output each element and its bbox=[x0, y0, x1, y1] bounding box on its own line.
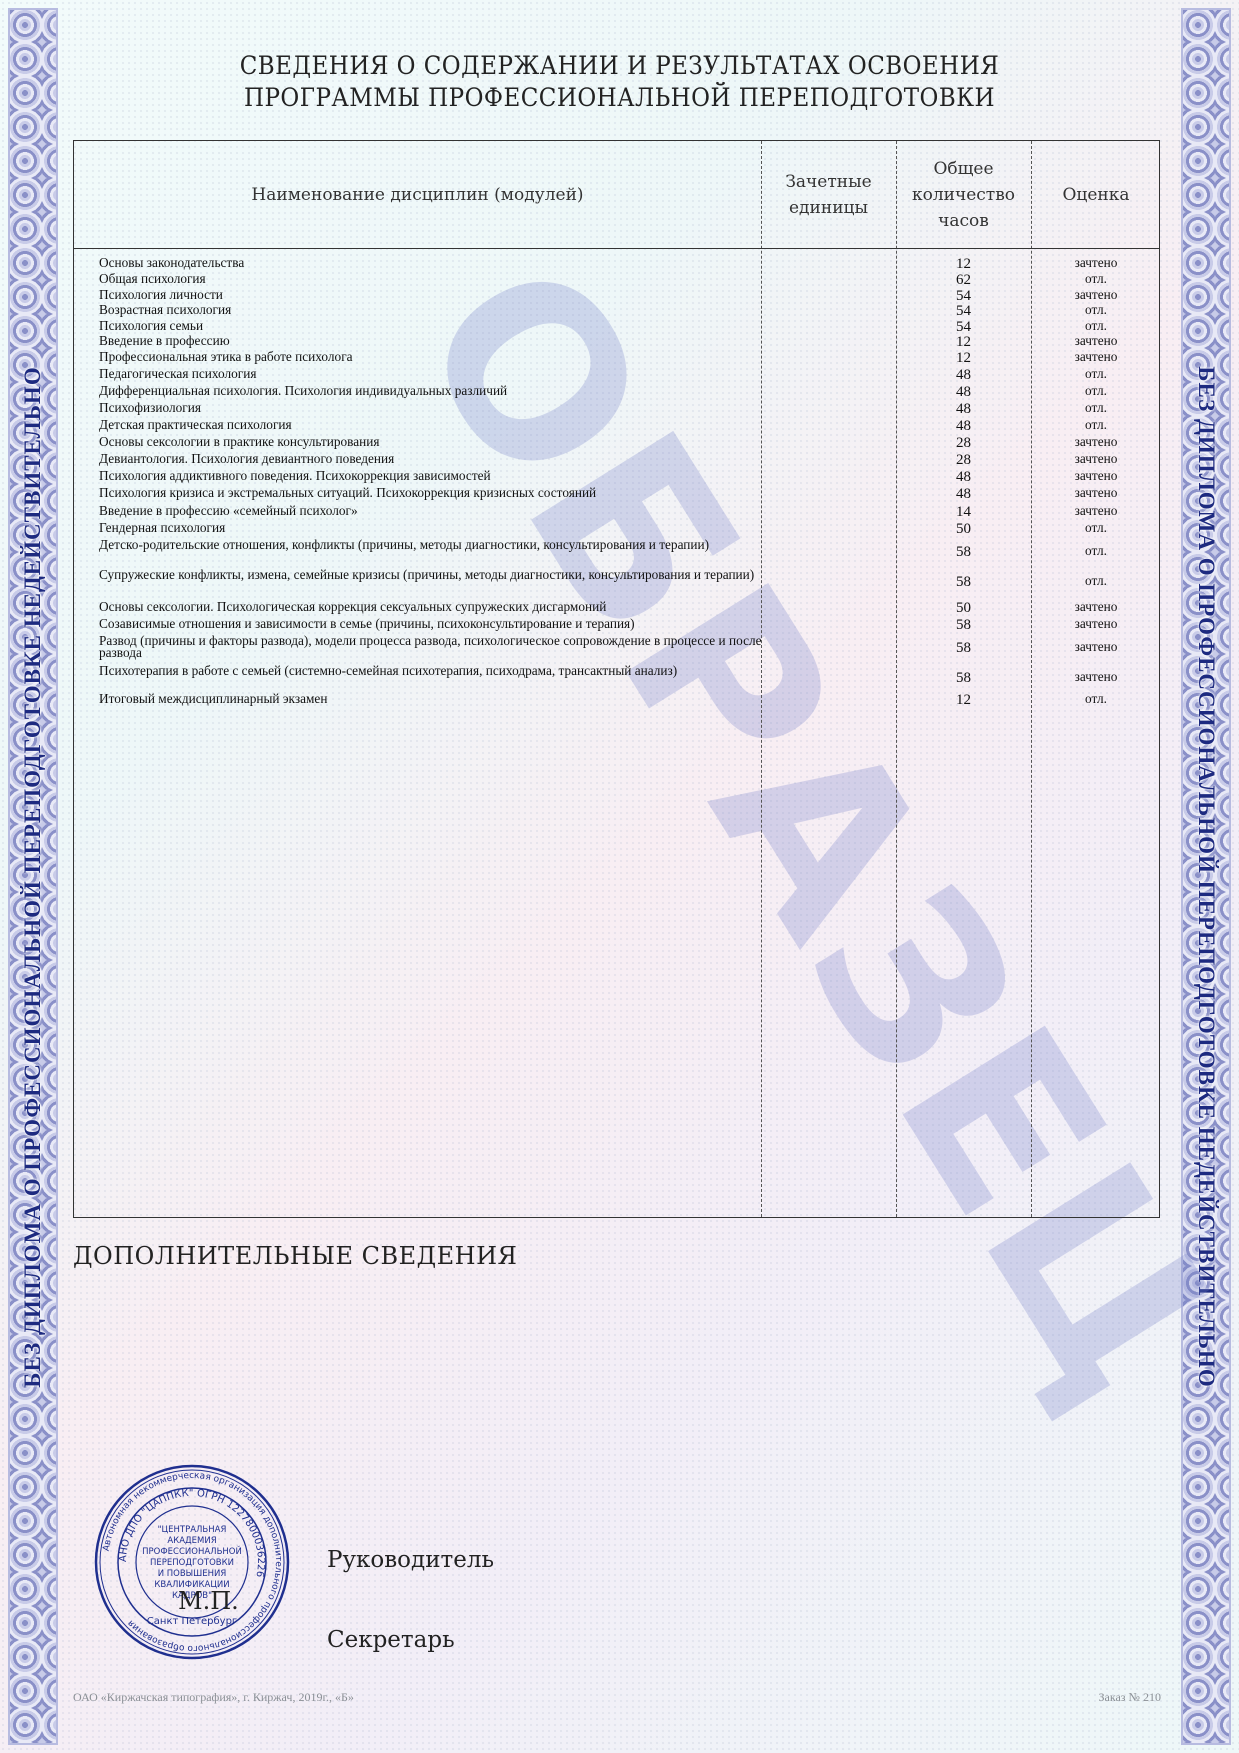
discipline-name: Общая психология bbox=[99, 273, 789, 285]
header-discipline-name: Наименование дисциплин (модулей) bbox=[74, 141, 761, 248]
discipline-name: Психология семьи bbox=[99, 320, 789, 332]
discipline-name: Психология кризиса и экстремальных ситуа… bbox=[99, 487, 789, 499]
discipline-grade: зачтено bbox=[1032, 505, 1160, 517]
discipline-grade: отл. bbox=[1032, 693, 1160, 705]
head-signature-label: Руководитель bbox=[327, 1547, 494, 1573]
discipline-hours: 54 bbox=[896, 304, 1031, 318]
discipline-grade: отл. bbox=[1032, 320, 1160, 332]
stamp-center-line: АКАДЕМИЯ bbox=[167, 1536, 216, 1546]
discipline-name: Основы законодательства bbox=[99, 257, 789, 269]
discipline-grade: отл. bbox=[1032, 522, 1160, 534]
discipline-name: Психология личности bbox=[99, 289, 789, 301]
right-security-border: БЕЗ ДИПЛОМА О ПРОФЕССИОНАЛЬНОЙ ПЕРЕПОДГО… bbox=[1181, 8, 1231, 1745]
discipline-name: Супружеские конфликты, измена, семейные … bbox=[99, 569, 789, 581]
discipline-name: Гендерная психология bbox=[99, 522, 789, 534]
discipline-hours: 48 bbox=[896, 385, 1031, 399]
discipline-hours: 48 bbox=[896, 402, 1031, 416]
discipline-grade: отл. bbox=[1032, 419, 1160, 431]
discipline-hours: 48 bbox=[896, 368, 1031, 382]
additional-info-title: ДОПОЛНИТЕЛЬНЫЕ СВЕДЕНИЯ bbox=[73, 1242, 517, 1270]
header-divider bbox=[74, 248, 1159, 249]
discipline-hours: 58 bbox=[896, 575, 1031, 589]
right-border-text: БЕЗ ДИПЛОМА О ПРОФЕССИОНАЛЬНОЙ ПЕРЕПОДГО… bbox=[1193, 366, 1219, 1387]
discipline-name: Профессиональная этика в работе психолог… bbox=[99, 351, 789, 363]
discipline-name: Созависимые отношения и зависимости в се… bbox=[99, 618, 789, 630]
discipline-hours: 58 bbox=[896, 671, 1031, 685]
discipline-name: Психотерапия в работе с семьей (системно… bbox=[99, 665, 789, 677]
discipline-hours: 62 bbox=[896, 273, 1031, 287]
disciplines-table: Наименование дисциплин (модулей) Зачетны… bbox=[73, 140, 1160, 1218]
stamp-center-line: ПЕРЕПОДГОТОВКИ bbox=[150, 1558, 234, 1568]
discipline-hours: 48 bbox=[896, 419, 1031, 433]
column-divider bbox=[761, 141, 762, 1217]
discipline-grade: отл. bbox=[1032, 575, 1160, 587]
discipline-hours: 12 bbox=[896, 351, 1031, 365]
title-line-2: ПРОГРАММЫ ПРОФЕССИОНАЛЬНОЙ ПЕРЕПОДГОТОВК… bbox=[50, 82, 1190, 114]
discipline-grade: зачтено bbox=[1032, 671, 1160, 683]
discipline-hours: 12 bbox=[896, 257, 1031, 271]
discipline-hours: 58 bbox=[896, 545, 1031, 559]
discipline-grade: отл. bbox=[1032, 368, 1160, 380]
discipline-grade: зачтено bbox=[1032, 351, 1160, 363]
discipline-grade: зачтено bbox=[1032, 641, 1160, 653]
discipline-hours: 50 bbox=[896, 601, 1031, 615]
discipline-name: Основы сексологии в практике консультиро… bbox=[99, 436, 789, 448]
title-line-1: СВЕДЕНИЯ О СОДЕРЖАНИИ И РЕЗУЛЬТАТАХ ОСВО… bbox=[50, 50, 1190, 82]
discipline-grade: зачтено bbox=[1032, 618, 1160, 630]
stamp-place-mark: М.П. bbox=[178, 1587, 239, 1615]
discipline-grade: зачтено bbox=[1032, 436, 1160, 448]
stamp-center-line: И ПОВЫШЕНИЯ bbox=[158, 1569, 227, 1579]
discipline-grade: отл. bbox=[1032, 402, 1160, 414]
discipline-grade: зачтено bbox=[1032, 601, 1160, 613]
discipline-grade: зачтено bbox=[1032, 487, 1160, 499]
header-credits: Зачетные единицы bbox=[761, 141, 896, 248]
discipline-name: Педагогическая психология bbox=[99, 368, 789, 380]
discipline-name: Развод (причины и факторы развода), моде… bbox=[99, 635, 789, 659]
discipline-name: Психофизиология bbox=[99, 402, 789, 414]
discipline-hours: 48 bbox=[896, 470, 1031, 484]
discipline-grade: отл. bbox=[1032, 273, 1160, 285]
discipline-hours: 48 bbox=[896, 487, 1031, 501]
header-grade: Оценка bbox=[1031, 141, 1161, 248]
discipline-grade: зачтено bbox=[1032, 257, 1160, 269]
discipline-name: Возрастная психология bbox=[99, 304, 789, 316]
discipline-name: Девиантология. Психология девиантного по… bbox=[99, 453, 789, 465]
stamp-city: Санкт Петербург bbox=[147, 1616, 237, 1627]
discipline-grade: отл. bbox=[1032, 304, 1160, 316]
header-total-hours: Общее количество часов bbox=[896, 141, 1031, 248]
discipline-hours: 12 bbox=[896, 693, 1031, 707]
discipline-hours: 28 bbox=[896, 453, 1031, 467]
discipline-hours: 54 bbox=[896, 320, 1031, 334]
discipline-name: Психология аддиктивного поведения. Психо… bbox=[99, 470, 789, 482]
discipline-hours: 54 bbox=[896, 289, 1031, 303]
left-security-border: БЕЗ ДИПЛОМА О ПРОФЕССИОНАЛЬНОЙ ПЕРЕПОДГО… bbox=[8, 8, 58, 1745]
discipline-grade: отл. bbox=[1032, 385, 1160, 397]
discipline-hours: 50 bbox=[896, 522, 1031, 536]
discipline-name: Детско-родительские отношения, конфликты… bbox=[99, 539, 789, 551]
discipline-hours: 12 bbox=[896, 335, 1031, 349]
stamp-center-line: "ЦЕНТРАЛЬНАЯ bbox=[158, 1525, 227, 1535]
discipline-hours: 58 bbox=[896, 618, 1031, 632]
printer-note: ОАО «Киржачская типография», г. Киржач, … bbox=[73, 1690, 354, 1705]
discipline-grade: отл. bbox=[1032, 545, 1160, 557]
discipline-grade: зачтено bbox=[1032, 470, 1160, 482]
discipline-name: Дифференциальная психология. Психология … bbox=[99, 385, 789, 397]
discipline-name: Итоговый междисциплинарный экзамен bbox=[99, 693, 789, 705]
official-stamp: Автономная некоммерческая организация до… bbox=[92, 1462, 292, 1662]
discipline-name: Введение в профессию bbox=[99, 335, 789, 347]
discipline-grade: зачтено bbox=[1032, 453, 1160, 465]
discipline-grade: зачтено bbox=[1032, 289, 1160, 301]
discipline-name: Основы сексологии. Психологическая корре… bbox=[99, 601, 789, 613]
left-border-text: БЕЗ ДИПЛОМА О ПРОФЕССИОНАЛЬНОЙ ПЕРЕПОДГО… bbox=[20, 366, 46, 1387]
discipline-hours: 58 bbox=[896, 641, 1031, 655]
discipline-grade: зачтено bbox=[1032, 335, 1160, 347]
discipline-name: Введение в профессию «семейный психолог» bbox=[99, 505, 789, 517]
discipline-hours: 14 bbox=[896, 505, 1031, 519]
discipline-name: Детская практическая психология bbox=[99, 419, 789, 431]
document-title: СВЕДЕНИЯ О СОДЕРЖАНИИ И РЕЗУЛЬТАТАХ ОСВО… bbox=[0, 50, 1239, 114]
stamp-center-line: ПРОФЕССИОНАЛЬНОЙ bbox=[142, 1545, 242, 1557]
order-number: Заказ № 210 bbox=[1098, 1690, 1161, 1705]
secretary-signature-label: Секретарь bbox=[327, 1627, 455, 1653]
discipline-hours: 28 bbox=[896, 436, 1031, 450]
